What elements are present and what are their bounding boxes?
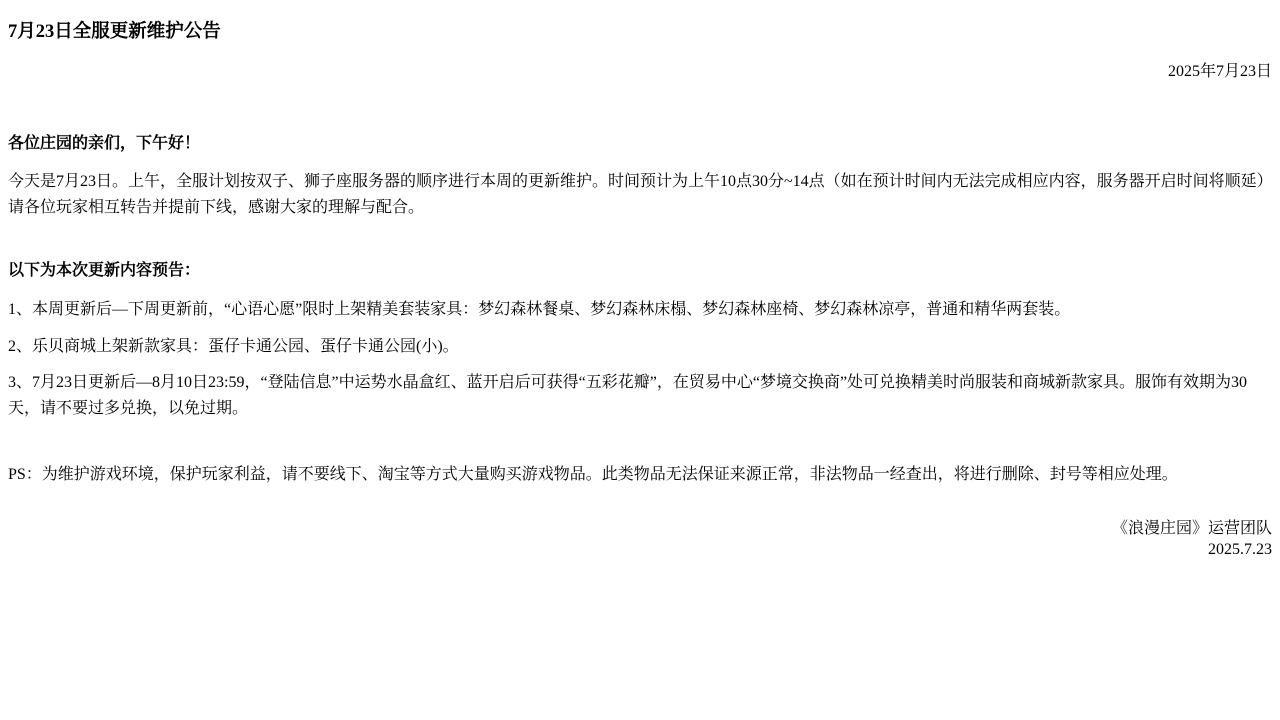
- maintenance-intro-paragraph: 今天是7月23日。上午，全服计划按双子、狮子座服务器的顺序进行本周的更新维护。时…: [8, 169, 1272, 221]
- update-item-3: 3、7月23日更新后—8月10日23:59，“登陆信息”中运势水晶盒红、蓝开启后…: [8, 370, 1272, 422]
- signature-team: 《浪漫庄园》运营团队: [8, 518, 1272, 539]
- signature-date: 2025.7.23: [8, 539, 1272, 560]
- signature-block: 《浪漫庄园》运营团队 2025.7.23: [8, 518, 1272, 560]
- greeting-line: 各位庄园的亲们，下午好！: [8, 133, 1272, 154]
- announcement-date: 2025年7月23日: [8, 61, 1272, 82]
- ps-note: PS：为维护游戏环境，保护玩家利益，请不要线下、淘宝等方式大量购买游戏物品。此类…: [8, 462, 1272, 488]
- update-item-1: 1、本周更新后—下周更新前，“心语心愿”限时上架精美套装家具：梦幻森林餐桌、梦幻…: [8, 297, 1272, 323]
- update-item-2: 2、乐贝商城上架新款家具：蛋仔卡通公园、蛋仔卡通公园(小)。: [8, 334, 1272, 360]
- page-title: 7月23日全服更新维护公告: [8, 21, 1272, 43]
- announcement-document: 7月23日全服更新维护公告 2025年7月23日 各位庄园的亲们，下午好！ 今天…: [0, 21, 1280, 560]
- update-preview-heading: 以下为本次更新内容预告：: [8, 260, 1272, 281]
